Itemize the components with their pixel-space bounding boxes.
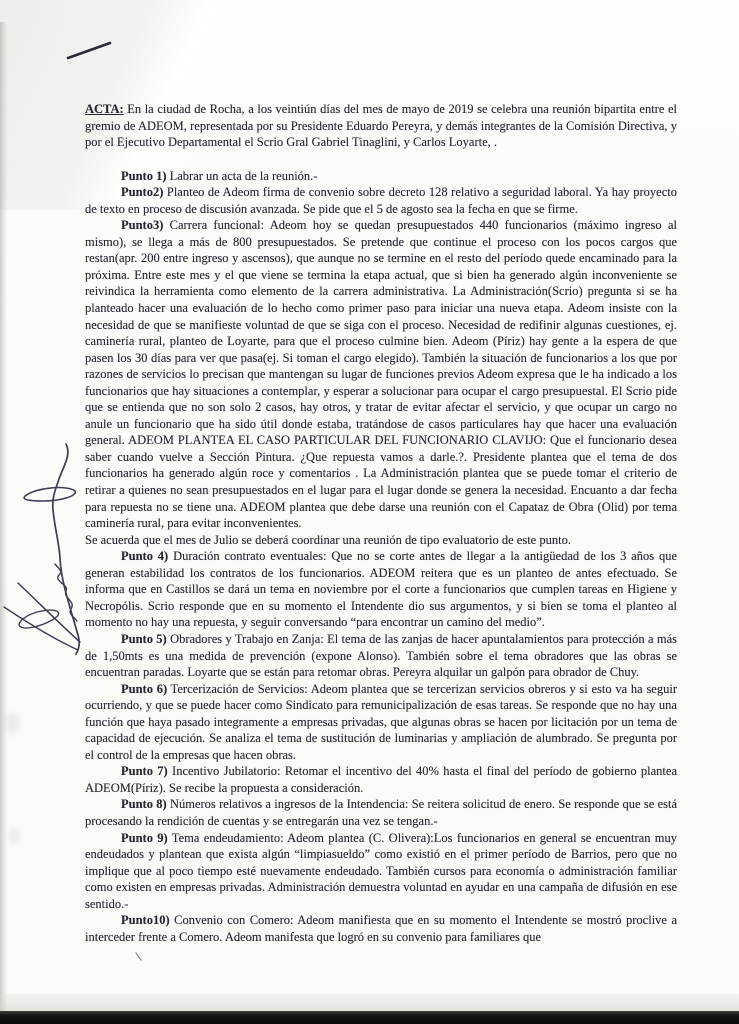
paragraph-text: Números relativos a ingresos de la Inten… bbox=[85, 797, 677, 828]
paragraph-text: Se acuerda que el mes de Julio se deberá… bbox=[85, 533, 571, 547]
paragraph-punto1: Punto 1) Labrar un acta de la reunión.- bbox=[85, 168, 677, 185]
paragraph-text: En la ciudad de Rocha, a los veintiún dí… bbox=[85, 102, 677, 149]
paragraph-label: Punto10) bbox=[121, 913, 170, 927]
scanner-edge-bar bbox=[0, 1011, 739, 1024]
paragraph-acuerdo-julio: Se acuerda que el mes de Julio se deberá… bbox=[85, 532, 677, 549]
paragraph-text: Convenio con Comero: Adeom manifiesta qu… bbox=[85, 913, 677, 944]
bottom-scan-band bbox=[0, 994, 739, 1012]
paragraph-label: Punto 7) bbox=[121, 764, 168, 778]
scanned-document-page: ACTA: En la ciudad de Rocha, a los veint… bbox=[0, 0, 739, 1024]
paragraph-intro: ACTA: En la ciudad de Rocha, a los veint… bbox=[85, 101, 677, 151]
paragraph-text: Duración contrato eventuales: Que no se … bbox=[85, 549, 677, 629]
paragraph-label: Punto 4) bbox=[121, 549, 168, 563]
paragraph-label: Punto 1) bbox=[121, 169, 167, 183]
paragraph-punto8: Punto 8) Números relativos a ingresos de… bbox=[85, 796, 677, 829]
paragraph-punto6: Punto 6) Tercerización de Servicios: Ade… bbox=[85, 681, 677, 764]
scan-smudge bbox=[4, 712, 20, 734]
paragraph-punto10: Punto10) Convenio con Comero: Adeom mani… bbox=[85, 912, 677, 945]
paragraph-label: Punto 9) bbox=[121, 831, 168, 845]
pen-stroke-top-left-mark bbox=[60, 36, 120, 66]
paragraph-label: Punto3) bbox=[121, 218, 163, 232]
scan-smudge bbox=[8, 828, 20, 844]
paragraph-text: Tercerización de Servicios: Adeom plante… bbox=[85, 682, 677, 762]
paragraph-text: Labrar un acta de la reunión.- bbox=[167, 169, 318, 183]
paragraph-punto3: Punto3) Carrera funcional: Adeom hoy se … bbox=[85, 217, 677, 531]
paragraph-text: Planteo de Adeom firma de convenio sobre… bbox=[85, 185, 677, 216]
margin-signature-mark bbox=[0, 430, 95, 675]
paragraph-label: Punto 8) bbox=[121, 797, 167, 811]
paragraph-label: Punto2) bbox=[121, 185, 163, 199]
paragraph-text: Incentivo Jubilatorio: Retomar el incent… bbox=[85, 764, 677, 795]
paragraph-text: Tema endeudamiento: Adeom plantea (C. Ol… bbox=[85, 831, 677, 911]
paragraph-punto9: Punto 9) Tema endeudamiento: Adeom plant… bbox=[85, 830, 677, 913]
paragraph-punto4: Punto 4) Duración contrato eventuales: Q… bbox=[85, 548, 677, 631]
paragraph-text: Obradores y Trabajo en Zanja: El tema de… bbox=[85, 632, 677, 679]
page-left-edge-shadow bbox=[0, 22, 7, 1024]
document-body: ACTA: En la ciudad de Rocha, a los veint… bbox=[85, 101, 677, 945]
paragraph-text: Carrera funcional: Adeom hoy se quedan p… bbox=[85, 218, 677, 530]
paragraph-label: ACTA: bbox=[85, 102, 124, 116]
paragraph-label: Punto 5) bbox=[121, 632, 167, 646]
paragraph-punto5: Punto 5) Obradores y Trabajo en Zanja: E… bbox=[85, 631, 677, 681]
paragraph-punto7: Punto 7) Incentivo Jubilatorio: Retomar … bbox=[85, 763, 677, 796]
paragraph-label: Punto 6) bbox=[121, 682, 167, 696]
paragraph-punto2: Punto2) Planteo de Adeom firma de conven… bbox=[85, 184, 677, 217]
small-tick-mark bbox=[132, 950, 146, 964]
